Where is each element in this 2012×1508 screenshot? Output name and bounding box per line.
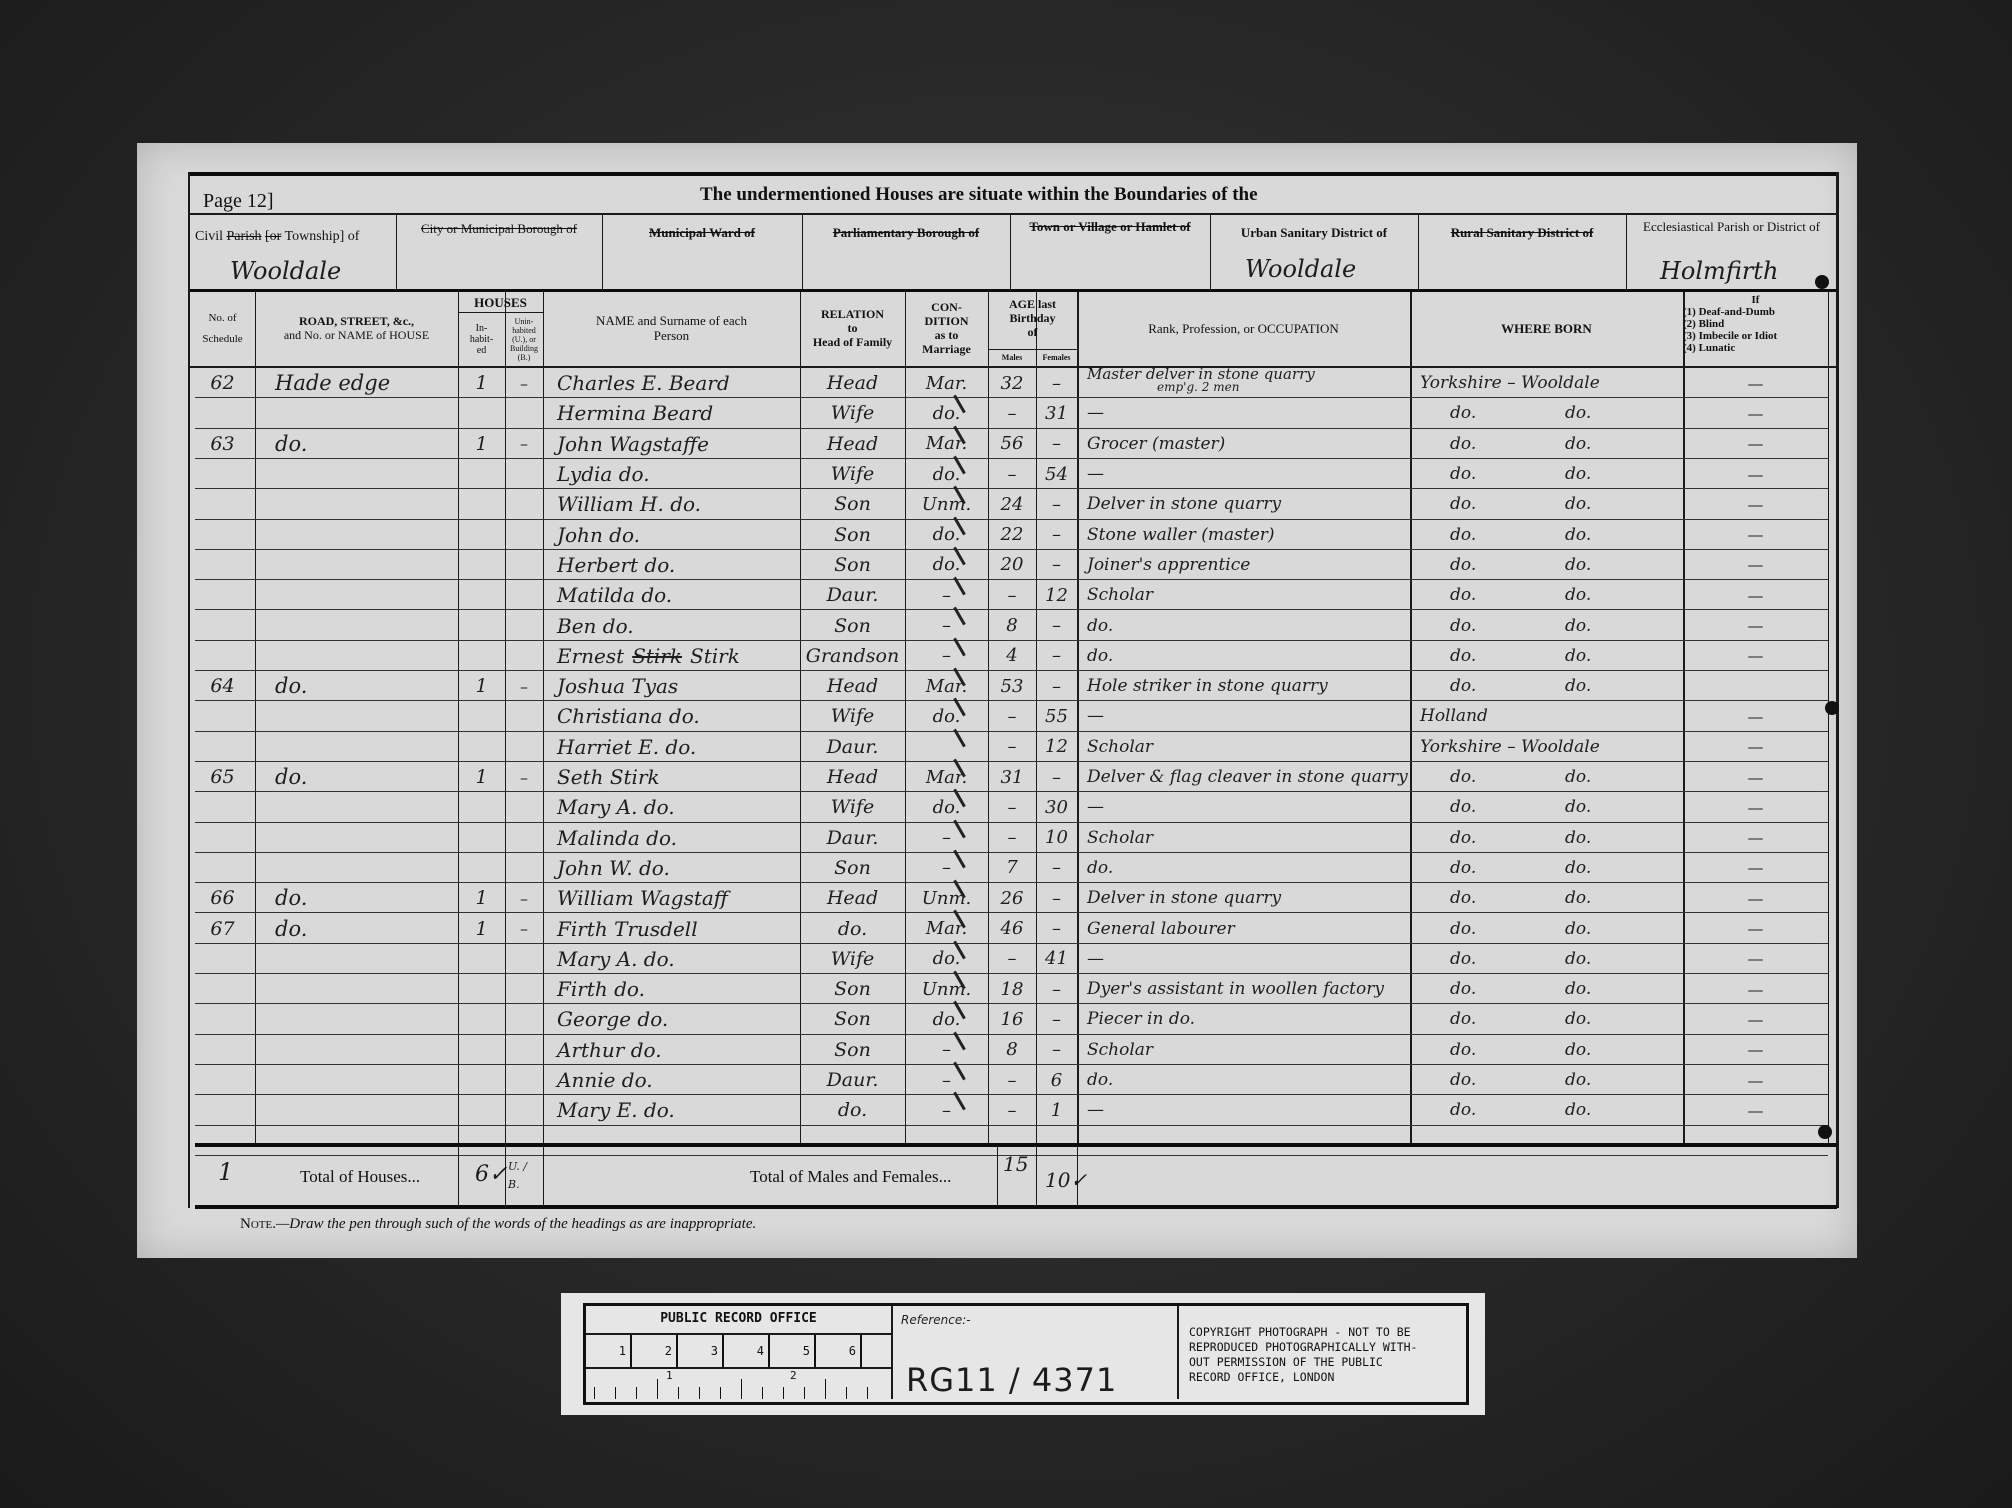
cell-infirmity: — xyxy=(1683,792,1828,822)
cell-schedule xyxy=(190,550,255,580)
cell-uninhabited xyxy=(505,1095,543,1125)
cell-uninhabited xyxy=(505,853,543,883)
scale-tick xyxy=(699,1387,700,1399)
cell-schedule xyxy=(190,489,255,519)
cell-born-county: do.do. xyxy=(1410,1004,1683,1034)
cell-inhabited xyxy=(458,1065,505,1095)
cell-name: Harriet E. do. xyxy=(543,732,800,762)
cell-born-county: do.do. xyxy=(1410,550,1683,580)
cell-road xyxy=(255,610,458,640)
cell-infirmity xyxy=(1683,1126,1828,1156)
cell-schedule: 63 xyxy=(190,429,255,459)
cell-relation: Grandson xyxy=(800,641,905,671)
cell-females: – xyxy=(1036,520,1077,550)
cell-inhabited xyxy=(458,1035,505,1065)
cell-condition: Mar. xyxy=(905,429,988,459)
cell-road xyxy=(255,550,458,580)
cell-relation: Son xyxy=(800,974,905,1004)
cell-condition: do. xyxy=(905,944,988,974)
cell-uninhabited xyxy=(505,550,543,580)
cell-schedule xyxy=(190,1095,255,1125)
cell-condition: Mar. xyxy=(905,913,988,943)
scale-tick-label: 5 xyxy=(770,1335,816,1367)
scale-tick xyxy=(783,1387,784,1399)
scale-tick xyxy=(867,1387,868,1399)
cell-occupation: Delver in stone quarry xyxy=(1077,489,1410,519)
cell-infirmity: — xyxy=(1683,883,1828,913)
cell-road xyxy=(255,853,458,883)
cell-inhabited: 1 xyxy=(458,429,505,459)
cell-females: – xyxy=(1036,671,1077,701)
cell-uninhabited xyxy=(505,459,543,489)
cell-road xyxy=(255,489,458,519)
cell-road xyxy=(255,580,458,610)
cell-males: 4 xyxy=(988,641,1036,671)
cell-occupation: do. xyxy=(1077,853,1410,883)
cell-infirmity: — xyxy=(1683,429,1828,459)
public-record-office-title: PUBLIC RECORD OFFICE xyxy=(586,1311,891,1326)
cell-road xyxy=(255,398,458,428)
cell-infirmity: — xyxy=(1683,762,1828,792)
cell-males: 20 xyxy=(988,550,1036,580)
cell-schedule xyxy=(190,944,255,974)
cell-road: do. xyxy=(255,913,458,943)
cell-name: George do. xyxy=(543,1004,800,1034)
cell-condition: – xyxy=(905,1065,988,1095)
cell-females: – xyxy=(1036,853,1077,883)
cell-males: 24 xyxy=(988,489,1036,519)
cell-born-county: do.do. xyxy=(1410,762,1683,792)
cell-relation: Wife xyxy=(800,701,905,731)
cell-schedule: 66 xyxy=(190,883,255,913)
scale-tick xyxy=(678,1387,679,1399)
cell-inhabited xyxy=(458,853,505,883)
scale-tick xyxy=(825,1379,826,1399)
cell-infirmity: — xyxy=(1683,459,1828,489)
cell-schedule xyxy=(190,974,255,1004)
cell-name: William H. do. xyxy=(543,489,800,519)
cell-road xyxy=(255,641,458,671)
cell-infirmity: — xyxy=(1683,580,1828,610)
scale-tick-label: 3 xyxy=(678,1335,724,1367)
district-value-ecclesiastical: Holmfirth xyxy=(1660,257,1778,285)
cell-relation: Son xyxy=(800,550,905,580)
cell-uninhabited xyxy=(505,732,543,762)
cell-condition: – xyxy=(905,1035,988,1065)
binding-hole xyxy=(1825,701,1839,715)
cell-males: – xyxy=(988,823,1036,853)
cell-inhabited xyxy=(458,823,505,853)
cell-inhabited xyxy=(458,520,505,550)
scale-tick xyxy=(636,1387,637,1399)
cell-born-county: Holland xyxy=(1410,701,1683,731)
cell-road xyxy=(255,520,458,550)
district-label-ecclesiastical: Ecclesiastical Parish or District of xyxy=(1626,219,1837,234)
district-label-municipal-borough: City or Municipal Borough of xyxy=(396,221,602,236)
cell-schedule xyxy=(190,792,255,822)
cell-occupation: — xyxy=(1077,701,1410,731)
cell-males: – xyxy=(988,1095,1036,1125)
cell-relation: Head xyxy=(800,671,905,701)
cell-born-county: do.do. xyxy=(1410,641,1683,671)
cell-females: 55 xyxy=(1036,701,1077,731)
cell-occupation: Stone waller (master) xyxy=(1077,520,1410,550)
cell-occupation: — xyxy=(1077,459,1410,489)
cell-males: – xyxy=(988,398,1036,428)
cell-born-county: do.do. xyxy=(1410,520,1683,550)
total-uninhabited-note: U. / B. xyxy=(508,1158,540,1194)
cell-name: Hermina Beard xyxy=(543,398,800,428)
totals-divider xyxy=(505,1147,506,1207)
cell-females: – xyxy=(1036,762,1077,792)
cell-born-county: do.do. xyxy=(1410,580,1683,610)
cell-uninhabited xyxy=(505,1065,543,1095)
cell-occupation: do. xyxy=(1077,641,1410,671)
frame-right-border xyxy=(1836,172,1839,1208)
reference-value: RG11 / 4371 xyxy=(906,1361,1117,1399)
cell-uninhabited: – xyxy=(505,762,543,792)
cell-condition: do. xyxy=(905,1004,988,1034)
cell-condition: – xyxy=(905,641,988,671)
cell-road xyxy=(255,701,458,731)
cell-females: – xyxy=(1036,429,1077,459)
cell-born-county: do.do. xyxy=(1410,913,1683,943)
cell-uninhabited: – xyxy=(505,913,543,943)
cell-born-county: do.do. xyxy=(1410,1035,1683,1065)
cell-name: Ben do. xyxy=(543,610,800,640)
cell-males: 8 xyxy=(988,1035,1036,1065)
cell-name: Arthur do. xyxy=(543,1035,800,1065)
cell-males: – xyxy=(988,944,1036,974)
cell-condition: Unm. xyxy=(905,489,988,519)
cell-relation: Son xyxy=(800,520,905,550)
cell-road xyxy=(255,732,458,762)
cell-infirmity: — xyxy=(1683,520,1828,550)
cell-inhabited xyxy=(458,550,505,580)
cell-males: 53 xyxy=(988,671,1036,701)
cell-infirmity: — xyxy=(1683,368,1828,398)
cell-uninhabited xyxy=(505,1126,543,1156)
cell-schedule xyxy=(190,610,255,640)
cell-condition xyxy=(905,732,988,762)
cell-occupation: — xyxy=(1077,944,1410,974)
cell-females: 54 xyxy=(1036,459,1077,489)
cell-road xyxy=(255,459,458,489)
cell-uninhabited: – xyxy=(505,671,543,701)
cell-born-county: do.do. xyxy=(1410,1065,1683,1095)
cell-born-county: do.do. xyxy=(1410,459,1683,489)
cell-females: 12 xyxy=(1036,732,1077,762)
cell-name: Firth do. xyxy=(543,974,800,1004)
footnote: Note.—Draw the pen through such of the w… xyxy=(240,1216,756,1233)
cell-occupation: Grocer (master) xyxy=(1077,429,1410,459)
cell-occupation: — xyxy=(1077,1095,1410,1125)
district-value-urban-sanitary: Wooldale xyxy=(1245,255,1356,283)
cell-condition: do. xyxy=(905,701,988,731)
cell-uninhabited: – xyxy=(505,883,543,913)
cell-uninhabited xyxy=(505,489,543,519)
scale-tick xyxy=(615,1387,616,1399)
scale-tick-label: 1 xyxy=(666,1369,673,1382)
total-houses-value: 6✓ xyxy=(475,1162,507,1187)
cell-road xyxy=(255,944,458,974)
cell-born-county: do.do. xyxy=(1410,489,1683,519)
cell-born-county: Yorkshire – Wooldale xyxy=(1410,368,1683,398)
cell-infirmity: — xyxy=(1683,610,1828,640)
cell-road xyxy=(255,1095,458,1125)
cell-born-county: do.do. xyxy=(1410,610,1683,640)
cell-road: do. xyxy=(255,429,458,459)
cell-name: Mary A. do. xyxy=(543,944,800,974)
cell-inhabited xyxy=(458,792,505,822)
cell-males: – xyxy=(988,701,1036,731)
cell-condition: do. xyxy=(905,520,988,550)
totals-divider xyxy=(1077,1147,1078,1207)
cell-inhabited xyxy=(458,459,505,489)
cell-males: 22 xyxy=(988,520,1036,550)
cell-born-county xyxy=(1410,1126,1683,1156)
cell-inhabited xyxy=(458,1004,505,1034)
cell-name: Malinda do. xyxy=(543,823,800,853)
totals-bottom-border xyxy=(195,1205,1837,1209)
cell-inhabited xyxy=(458,732,505,762)
scale-tick-label: 1 xyxy=(586,1335,632,1367)
total-persons-label: Total of Males and Females... xyxy=(750,1167,951,1187)
cell-born-county: do.do. xyxy=(1410,883,1683,913)
cell-males: 26 xyxy=(988,883,1036,913)
district-header-row: Civil Parish [or Township] of Wooldale C… xyxy=(190,215,1837,290)
cell-uninhabited xyxy=(505,1004,543,1034)
cell-name xyxy=(543,1126,800,1156)
cell-schedule xyxy=(190,1126,255,1156)
cell-males: – xyxy=(988,732,1036,762)
cell-schedule: 67 xyxy=(190,913,255,943)
district-label-urban-sanitary: Urban Sanitary District of xyxy=(1210,225,1418,241)
totals-divider xyxy=(458,1147,459,1207)
cell-condition: – xyxy=(905,853,988,883)
cell-road xyxy=(255,974,458,1004)
cell-road: do. xyxy=(255,883,458,913)
totals-divider xyxy=(1036,1147,1037,1207)
cell-relation: Head xyxy=(800,762,905,792)
cell-relation: Son xyxy=(800,1035,905,1065)
cell-condition: Unm. xyxy=(905,974,988,1004)
cell-relation: Son xyxy=(800,489,905,519)
cell-condition: do. xyxy=(905,550,988,580)
frame-top-border xyxy=(188,172,1838,176)
cell-born-county: do.do. xyxy=(1410,823,1683,853)
cell-infirmity: — xyxy=(1683,1004,1828,1034)
cell-uninhabited xyxy=(505,610,543,640)
cell-name: Lydia do. xyxy=(543,459,800,489)
cell-occupation xyxy=(1077,1126,1410,1156)
cell-females: 12 xyxy=(1036,580,1077,610)
cell-relation: Head xyxy=(800,429,905,459)
cell-uninhabited: – xyxy=(505,429,543,459)
scale-ruler-bottom: 12 xyxy=(586,1369,891,1399)
cell-occupation: Scholar xyxy=(1077,732,1410,762)
cell-infirmity: — xyxy=(1683,823,1828,853)
district-label-rural-sanitary: Rural Sanitary District of xyxy=(1418,225,1626,241)
cell-name: Seth Stirk xyxy=(543,762,800,792)
cell-uninhabited xyxy=(505,701,543,731)
cell-condition: – xyxy=(905,610,988,640)
col-header-road: ROAD, STREET, &c.,and No. or NAME of HOU… xyxy=(255,292,458,366)
cell-occupation: General labourer xyxy=(1077,913,1410,943)
cell-occupation: Scholar xyxy=(1077,823,1410,853)
cell-condition: – xyxy=(905,1095,988,1125)
col-header-condition: CON-DITIONas toMarriage xyxy=(905,292,988,366)
cell-infirmity: — xyxy=(1683,974,1828,1004)
scale-tick-label: 6 xyxy=(816,1335,862,1367)
cell-name: John do. xyxy=(543,520,800,550)
cell-occupation: Scholar xyxy=(1077,1035,1410,1065)
district-label-town-village: Town or Village or Hamlet of xyxy=(1010,219,1210,234)
cell-infirmity: — xyxy=(1683,944,1828,974)
col-header-schedule: No. ofSchedule xyxy=(190,292,255,366)
cell-inhabited xyxy=(458,489,505,519)
cell-occupation: Joiner's apprentice xyxy=(1077,550,1410,580)
cell-name: John Wagstaffe xyxy=(543,429,800,459)
cell-infirmity: — xyxy=(1683,732,1828,762)
cell-infirmity: — xyxy=(1683,489,1828,519)
district-label-civil-parish: Civil Parish [or Township] of xyxy=(195,229,359,245)
cell-born-county: do.do. xyxy=(1410,944,1683,974)
cell-name: Mary A. do. xyxy=(543,792,800,822)
cell-relation: Wife xyxy=(800,792,905,822)
cell-relation: Son xyxy=(800,1004,905,1034)
scale-ruler-top: 123456 xyxy=(586,1335,891,1367)
scale-tick-label: 2 xyxy=(632,1335,678,1367)
cell-road xyxy=(255,1004,458,1034)
cell-occupation: Master delver in stone quarryemp'g. 2 me… xyxy=(1077,368,1410,398)
cell-schedule xyxy=(190,732,255,762)
col-header-name: NAME and Surname of eachPerson xyxy=(543,292,800,366)
cell-name: ErnestStirkStirk xyxy=(543,641,800,671)
cell-name: John W. do. xyxy=(543,853,800,883)
cell-infirmity: — xyxy=(1683,1065,1828,1095)
cell-occupation: — xyxy=(1077,398,1410,428)
cell-males: 46 xyxy=(988,913,1036,943)
cell-road: do. xyxy=(255,671,458,701)
cell-schedule: 65 xyxy=(190,762,255,792)
cell-uninhabited xyxy=(505,792,543,822)
cell-inhabited: 1 xyxy=(458,913,505,943)
cell-infirmity: — xyxy=(1683,641,1828,671)
cell-females: 10 xyxy=(1036,823,1077,853)
cell-infirmity: — xyxy=(1683,398,1828,428)
cell-relation: Daur. xyxy=(800,580,905,610)
cell-uninhabited xyxy=(505,974,543,1004)
cell-born-county: do.do. xyxy=(1410,1095,1683,1125)
cell-condition: do. xyxy=(905,792,988,822)
cell-relation: Wife xyxy=(800,459,905,489)
cell-occupation: Dyer's assistant in woollen factory xyxy=(1077,974,1410,1004)
total-females-value: 10✓ xyxy=(1045,1168,1087,1192)
cell-females: – xyxy=(1036,610,1077,640)
scale-tick xyxy=(846,1387,847,1399)
col-header-relation: RELATIONtoHead of Family xyxy=(800,292,905,366)
cell-uninhabited xyxy=(505,520,543,550)
cell-road xyxy=(255,792,458,822)
cell-road xyxy=(255,1065,458,1095)
cell-schedule xyxy=(190,1065,255,1095)
cell-condition: – xyxy=(905,823,988,853)
scale-tick-label: 4 xyxy=(724,1335,770,1367)
cell-name: Mary E. do. xyxy=(543,1095,800,1125)
cell-born-county: do.do. xyxy=(1410,398,1683,428)
cell-females: 31 xyxy=(1036,398,1077,428)
cell-males: 7 xyxy=(988,853,1036,883)
cell-road xyxy=(255,1126,458,1156)
district-value-civil-parish: Wooldale xyxy=(230,257,341,285)
scale-tick xyxy=(720,1387,721,1399)
district-label-parliamentary-borough: Parliamentary Borough of xyxy=(802,225,1010,241)
cell-name: Firth Trusdell xyxy=(543,913,800,943)
cell-infirmity: — xyxy=(1683,1035,1828,1065)
cell-occupation: Delver & flag cleaver in stone quarry xyxy=(1077,762,1410,792)
cell-relation: Daur. xyxy=(800,823,905,853)
cell-occupation: do. xyxy=(1077,1065,1410,1095)
cell-uninhabited xyxy=(505,823,543,853)
cell-schedule xyxy=(190,1035,255,1065)
copyright-notice: COPYRIGHT PHOTOGRAPH - NOT TO BE REPRODU… xyxy=(1189,1325,1417,1385)
cell-infirmity: — xyxy=(1683,913,1828,943)
cell-inhabited xyxy=(458,974,505,1004)
scale-tick xyxy=(657,1379,658,1399)
col-header-uninhabited: Unin-habited(U.), orBuilding(B.) xyxy=(505,313,543,366)
cell-schedule xyxy=(190,701,255,731)
page-label: Page 12] xyxy=(203,190,274,213)
cell-males: 18 xyxy=(988,974,1036,1004)
cell-uninhabited xyxy=(505,641,543,671)
label-divider xyxy=(1177,1306,1179,1399)
cell-schedule xyxy=(190,580,255,610)
cell-occupation: Hole striker in stone quarry xyxy=(1077,671,1410,701)
cell-condition xyxy=(905,1126,988,1156)
cell-inhabited: 1 xyxy=(458,762,505,792)
cell-males: 8 xyxy=(988,610,1036,640)
col-header-females: Females xyxy=(1036,350,1077,366)
cell-born-county: do.do. xyxy=(1410,853,1683,883)
cell-males: – xyxy=(988,580,1036,610)
cell-infirmity: — xyxy=(1683,853,1828,883)
cell-schedule xyxy=(190,398,255,428)
cell-inhabited xyxy=(458,1126,505,1156)
cell-females: – xyxy=(1036,883,1077,913)
cell-females: 30 xyxy=(1036,792,1077,822)
cell-females: 41 xyxy=(1036,944,1077,974)
scale-tick xyxy=(762,1387,763,1399)
cell-infirmity: — xyxy=(1683,1095,1828,1125)
col-header-houses: HOUSES xyxy=(458,294,543,312)
cell-condition: Mar. xyxy=(905,368,988,398)
cell-uninhabited: – xyxy=(505,368,543,398)
cell-females: – xyxy=(1036,974,1077,1004)
binding-hole xyxy=(1815,275,1829,289)
total-houses-label: Total of Houses... xyxy=(300,1167,420,1187)
cell-occupation: do. xyxy=(1077,610,1410,640)
cell-females: – xyxy=(1036,641,1077,671)
cell-name: Herbert do. xyxy=(543,550,800,580)
cell-females: – xyxy=(1036,1004,1077,1034)
cell-inhabited xyxy=(458,580,505,610)
cell-males: 32 xyxy=(988,368,1036,398)
cell-inhabited: 1 xyxy=(458,671,505,701)
col-header-inhabited: In-habit-ed xyxy=(458,313,505,366)
cell-inhabited: 1 xyxy=(458,368,505,398)
cell-schedule xyxy=(190,520,255,550)
